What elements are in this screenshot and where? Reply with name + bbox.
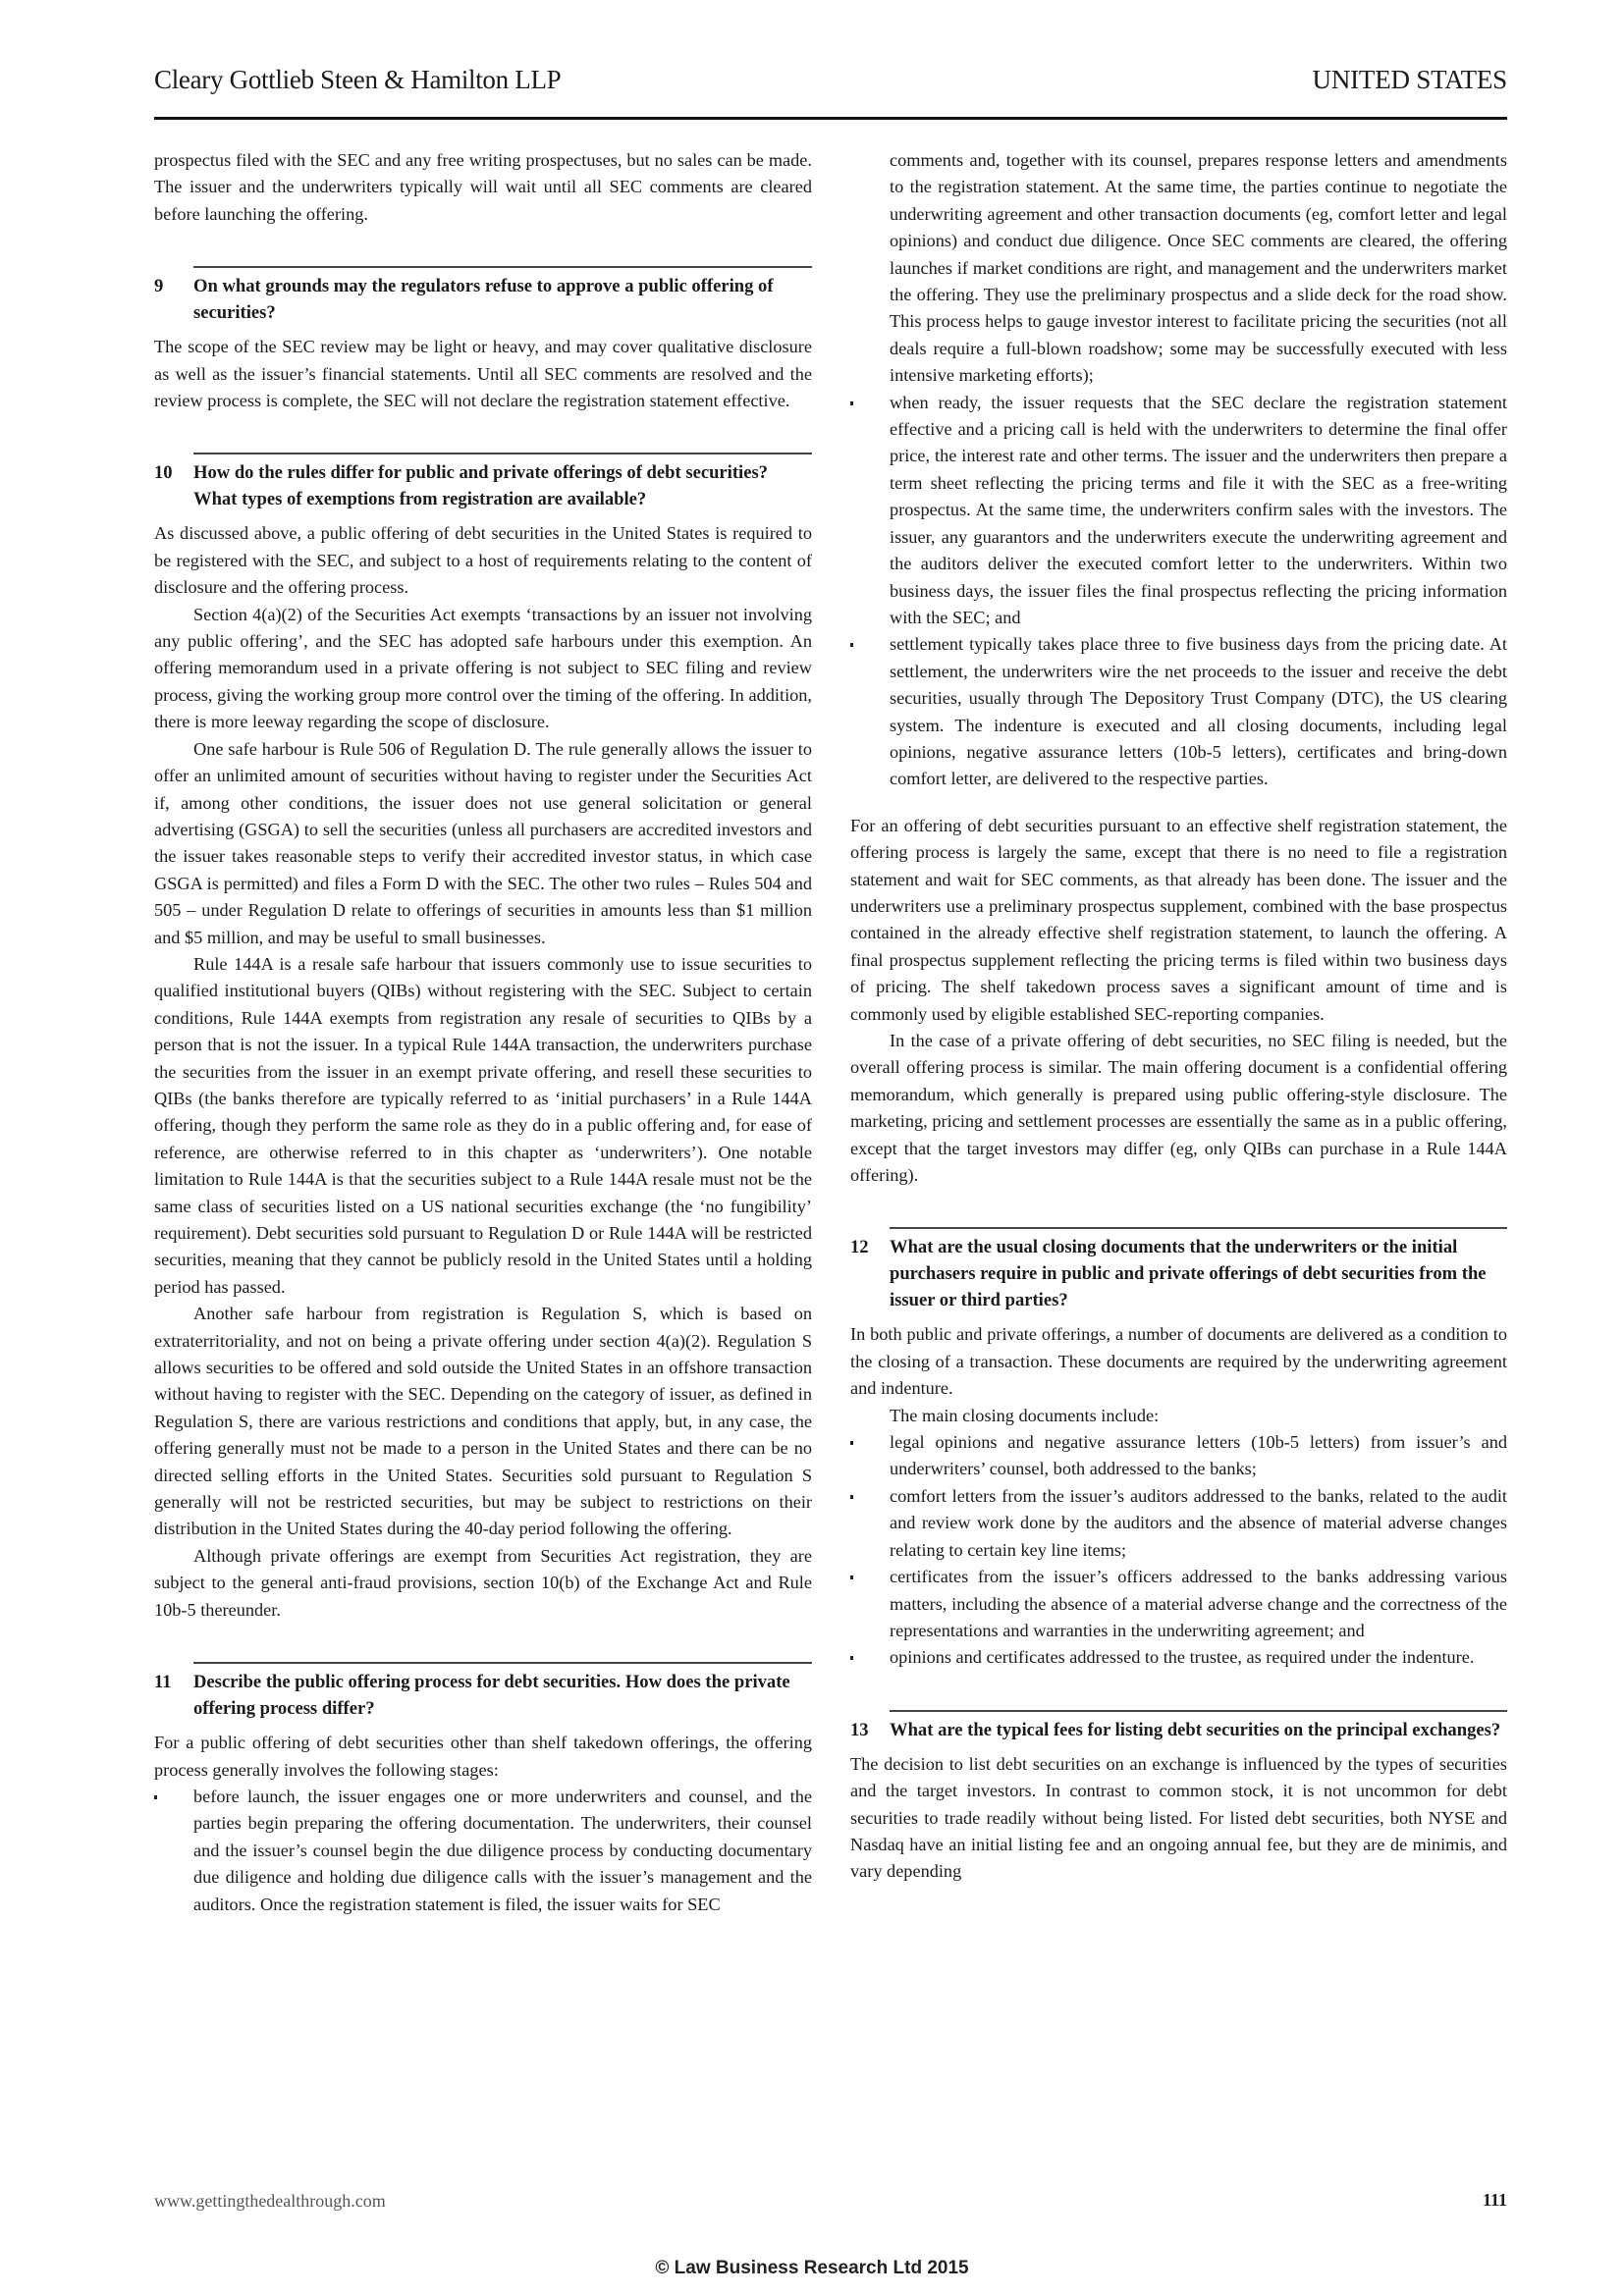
bullet-icon <box>850 1441 853 1445</box>
list-item: comfort letters from the issuer’s audito… <box>850 1483 1507 1564</box>
answer-paragraph: Section 4(a)(2) of the Securities Act ex… <box>154 602 812 736</box>
bullet-icon <box>154 1795 157 1799</box>
question-heading-12: 12 What are the usual closing documents … <box>850 1234 1507 1313</box>
answer-paragraph: For a public offering of debt securities… <box>154 1730 812 1784</box>
list-item-text: legal opinions and negative assurance le… <box>890 1432 1507 1478</box>
answer-paragraph: In both public and private offerings, a … <box>850 1321 1507 1402</box>
answer-paragraph: In the case of a private offering of deb… <box>850 1028 1507 1189</box>
list-item: settlement typically takes place three t… <box>850 631 1507 792</box>
bullet-icon <box>850 1495 853 1499</box>
list-item-text: before launch, the issuer engages one or… <box>193 1787 812 1914</box>
question-text: What are the usual closing documents tha… <box>890 1234 1507 1313</box>
right-column: comments and, together with its counsel,… <box>850 147 1507 1886</box>
firm-name: Cleary Gottlieb Steen & Hamilton LLP <box>154 65 561 95</box>
left-column: prospectus filed with the SEC and any fr… <box>154 147 812 1918</box>
answer-paragraph: As discussed above, a public offering of… <box>154 520 812 601</box>
answer-paragraph: One safe harbour is Rule 506 of Regulati… <box>154 736 812 951</box>
bullet-icon <box>850 1575 853 1579</box>
answer-paragraph: The scope of the SEC review may be light… <box>154 334 812 414</box>
answer-paragraph: The decision to list debt securities on … <box>850 1751 1507 1886</box>
answer-paragraph: The main closing documents include: <box>850 1403 1507 1429</box>
page-number: 111 <box>1483 2190 1507 2211</box>
question-text: How do the rules differ for public and p… <box>193 459 812 512</box>
list-item: legal opinions and negative assurance le… <box>850 1429 1507 1483</box>
question-number: 9 <box>154 273 163 299</box>
list-item-text: comfort letters from the issuer’s audito… <box>890 1486 1507 1560</box>
list-item: opinions and certificates addressed to t… <box>850 1644 1507 1671</box>
question-text: Describe the public offering process for… <box>193 1669 812 1722</box>
bullet-list: before launch, the issuer engages one or… <box>154 1784 812 1918</box>
copyright-notice: © Law Business Research Ltd 2015 <box>0 2258 1624 2279</box>
jurisdiction-title: UNITED STATES <box>1313 65 1507 95</box>
question-heading-10: 10 How do the rules differ for public an… <box>154 459 812 512</box>
question-text: What are the typical fees for listing de… <box>890 1717 1507 1743</box>
intro-paragraph: prospectus filed with the SEC and any fr… <box>154 147 812 228</box>
list-item-text: when ready, the issuer requests that the… <box>890 393 1507 627</box>
bullet-icon <box>850 643 853 647</box>
list-item: certificates from the issuer’s officers … <box>850 1564 1507 1644</box>
bullet-list: legal opinions and negative assurance le… <box>850 1429 1507 1672</box>
question-heading-9: 9 On what grounds may the regulators ref… <box>154 273 812 326</box>
list-item-continued: comments and, together with its counsel,… <box>850 147 1507 390</box>
running-header: Cleary Gottlieb Steen & Hamilton LLP UNI… <box>154 65 1507 104</box>
question-text: On what grounds may the regulators refus… <box>193 273 812 326</box>
list-item: before launch, the issuer engages one or… <box>154 1784 812 1918</box>
bullet-icon <box>850 1656 853 1660</box>
list-item: when ready, the issuer requests that the… <box>850 390 1507 632</box>
bullet-icon <box>850 401 853 405</box>
question-number: 10 <box>154 459 173 486</box>
question-number: 11 <box>154 1669 172 1695</box>
list-item-text: comments and, together with its counsel,… <box>890 150 1507 385</box>
list-item-text: opinions and certificates addressed to t… <box>890 1647 1474 1667</box>
question-heading-11: 11 Describe the public offering process … <box>154 1669 812 1722</box>
question-number: 12 <box>850 1234 869 1260</box>
question-number: 13 <box>850 1717 869 1743</box>
answer-paragraph: Another safe harbour from registration i… <box>154 1301 812 1543</box>
answer-paragraph: For an offering of debt securities pursu… <box>850 813 1507 1028</box>
answer-paragraph: Although private offerings are exempt fr… <box>154 1543 812 1624</box>
question-heading-13: 13 What are the typical fees for listing… <box>850 1717 1507 1743</box>
list-item-text: settlement typically takes place three t… <box>890 634 1507 788</box>
list-item-text: certificates from the issuer’s officers … <box>890 1567 1507 1640</box>
header-rule <box>154 117 1507 120</box>
bullet-list: comments and, together with its counsel,… <box>850 147 1507 793</box>
answer-paragraph: Rule 144A is a resale safe harbour that … <box>154 951 812 1301</box>
footer-url-link[interactable]: www.gettingthedealthrough.com <box>154 2191 386 2212</box>
